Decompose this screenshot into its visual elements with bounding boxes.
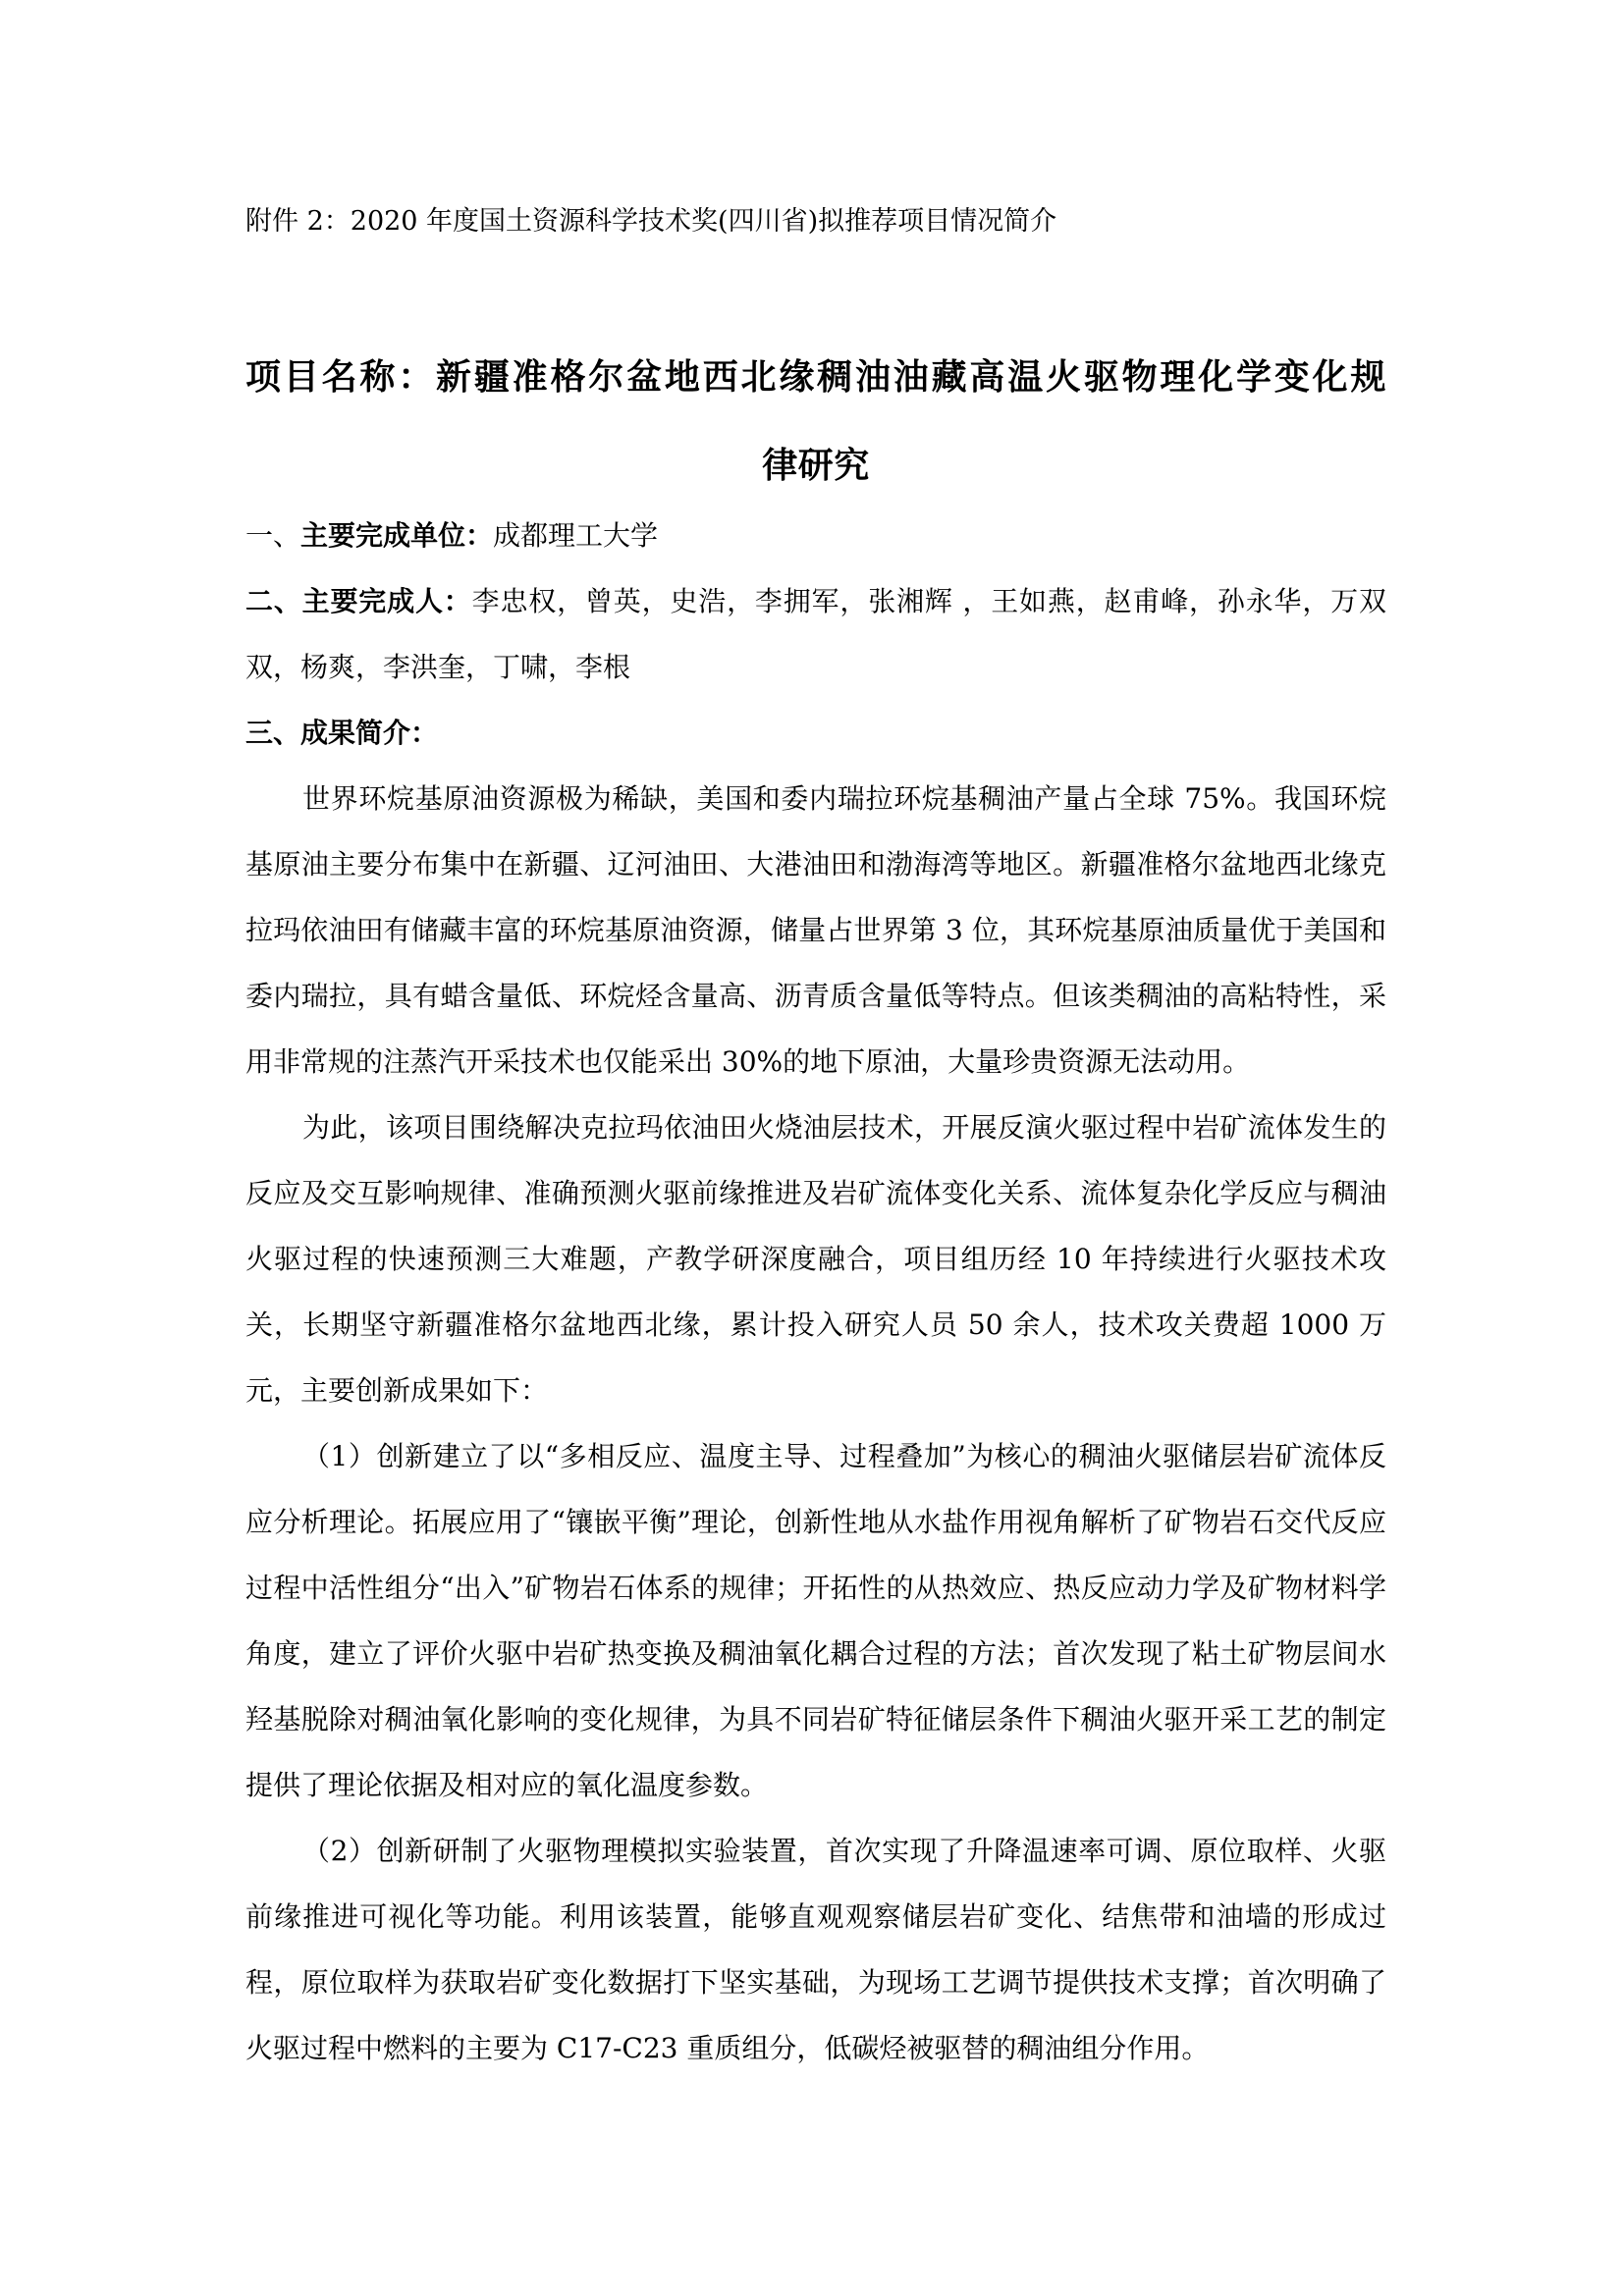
section-completion-units: 一、主要完成单位：成都理工大学 <box>245 503 1386 568</box>
section-heading: 主要完成单位： <box>300 519 493 552</box>
paragraph-innovation-1: （1）创新建立了以“多相反应、温度主导、过程叠加”为核心的稠油火驱储层岩矿流体反… <box>245 1423 1386 1818</box>
section-completion-people: 二、主要完成人：李忠权，曾英，史浩，李拥军，张湘辉 ，王如燕，赵甫峰，孙永华，万… <box>245 568 1386 700</box>
project-title: 项目名称：新疆准格尔盆地西北缘稠油油藏高温火驱物理化学变化规 律研究 <box>245 334 1386 510</box>
paragraph-innovation-2: （2）创新研制了火驱物理模拟实验装置，首次实现了升降温速率可调、原位取样、火驱前… <box>245 1818 1386 2081</box>
section-number: 三、 <box>245 717 300 749</box>
paragraph-project-overview: 为此，该项目围绕解决克拉玛依油田火烧油层技术，开展反演火驱过程中岩矿流体发生的反… <box>245 1095 1386 1423</box>
section-heading: 主要完成人： <box>302 585 472 617</box>
project-title-line-1: 项目名称：新疆准格尔盆地西北缘稠油油藏高温火驱物理化学变化规 <box>245 334 1386 422</box>
section-number: 二、 <box>245 585 302 617</box>
attachment-note: 附件 2：2020 年度国土资源科学技术奖(四川省)拟推荐项目情况简介 <box>245 202 1056 241</box>
section-number: 一、 <box>245 519 300 552</box>
document-body: 一、主要完成单位：成都理工大学 二、主要完成人：李忠权，曾英，史浩，李拥军，张湘… <box>245 503 1386 2081</box>
section-value: 成都理工大学 <box>493 519 658 552</box>
section-summary: 三、成果简介： <box>245 700 1386 766</box>
paragraph-background: 世界环烷基原油资源极为稀缺，美国和委内瑞拉环烷基稠油产量占全球 75%。我国环烷… <box>245 766 1386 1095</box>
project-title-line-2: 律研究 <box>245 422 1386 510</box>
section-heading: 成果简介： <box>300 717 438 749</box>
